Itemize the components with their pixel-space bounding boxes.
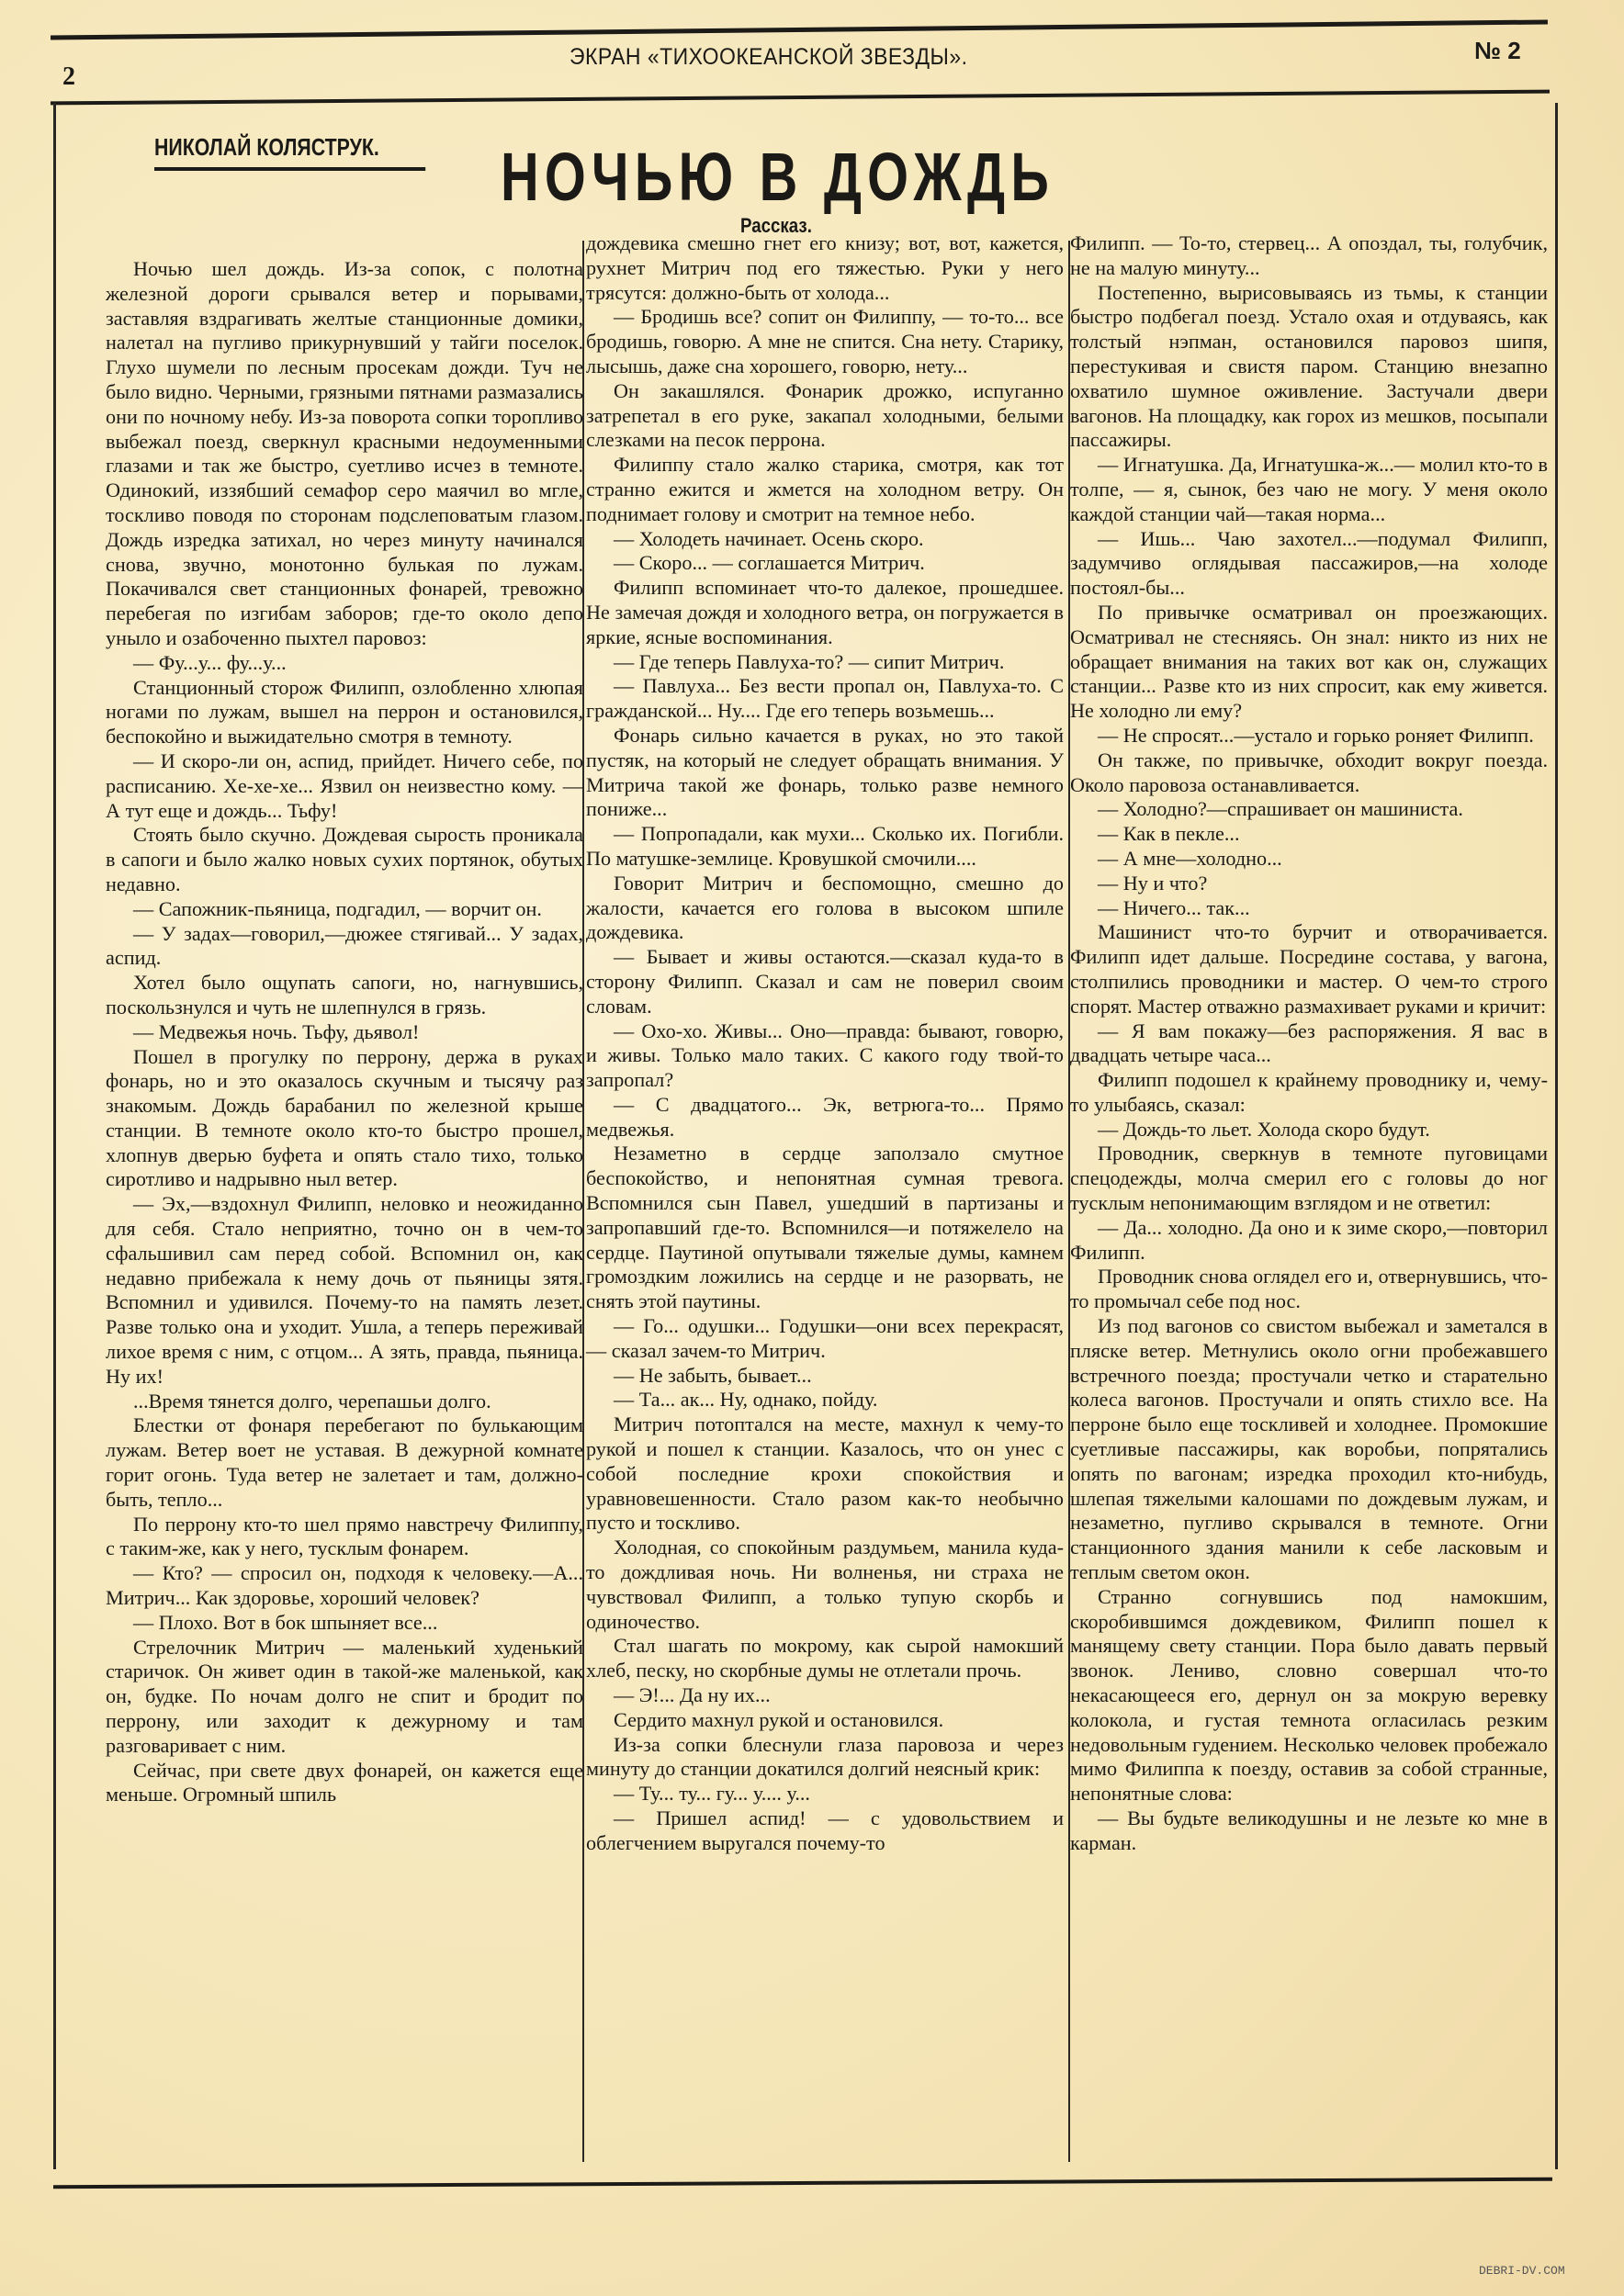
paragraph: — Ну и что? (1070, 872, 1548, 896)
paragraph: — Попропадали, как мухи... Сколько их. П… (586, 822, 1064, 872)
paragraph: Из под вагонов со свистом выбежал и заме… (1070, 1314, 1548, 1585)
paragraph: — Фу...у... фу...у... (106, 651, 583, 676)
paragraph: — Э!... Да ну их... (586, 1683, 1064, 1708)
paragraph: — Сапожник-пьяница, подгадил, — ворчит о… (106, 897, 583, 922)
paragraph: — Дождь-то льет. Холода скоро будут. (1070, 1118, 1548, 1142)
author-byline: НИКОЛАЙ КОЛЯСТРУК. (154, 133, 425, 171)
paragraph: Из-за сопки блеснули глаза паровоза и че… (586, 1733, 1064, 1783)
paragraph: Проводник, сверкнув в темноте пуговицами… (1070, 1142, 1548, 1215)
paragraph: Ночью шел дождь. Из-за сопок, с полотна … (106, 257, 583, 651)
paragraph: Филипп. — То-то, стервец... А опоздал, т… (1070, 231, 1548, 281)
paragraph: — Как в пекле... (1070, 822, 1548, 847)
issue-number: № 2 (1474, 37, 1521, 65)
paragraph: — Эх,—вздохнул Филипп, неловко и неожида… (106, 1192, 583, 1389)
paragraph: — Я вам покажу—без распоряжения. Я вас в… (1070, 1019, 1548, 1069)
paragraph: Филиппу стало жалко старика, смотря, как… (586, 453, 1064, 526)
paragraph: Станционный сторож Филипп, озлобленно хл… (106, 676, 583, 749)
paragraph: — Охо-хо. Живы... Оно—правда: бывают, го… (586, 1019, 1064, 1093)
paragraph: — Павлуха... Без вести пропал он, Павлух… (586, 674, 1064, 724)
paragraph: Пошел в прогулку по перрону, держа в рук… (106, 1045, 583, 1193)
paragraph: Митрич потоптался на месте, махнул к чем… (586, 1412, 1064, 1536)
paragraph: — Бродишь все? сопит он Филиппу, — то-то… (586, 305, 1064, 378)
paragraph: — Плохо. Вот в бок шпыняет все... (106, 1611, 583, 1636)
page-number: 2 (62, 62, 75, 92)
paragraph: Филипп подошел к крайнему проводнику и, … (1070, 1068, 1548, 1118)
paragraph: Проводник снова оглядел его и, отвернувш… (1070, 1265, 1548, 1314)
paragraph: — Не забыть, бывает... (586, 1364, 1064, 1389)
paragraph: — Та... ак... Ну, однако, пойду. (586, 1388, 1064, 1412)
text-column-3: Филипп. — То-то, стервец... А опоздал, т… (1070, 231, 1548, 1856)
paragraph: — У задах—говорил,—дюжее стягивай... У з… (106, 922, 583, 972)
paragraph: Сердито махнул рукой и остановился. (586, 1708, 1064, 1733)
paragraph: Филипп вспоминает что-то далекое, прошед… (586, 576, 1064, 649)
paragraph: По привычке осматривал он проезжающих. О… (1070, 601, 1548, 724)
paragraph: — Го... одушки... Годушки—они всех перек… (586, 1314, 1064, 1364)
paragraph: — Где теперь Павлуха-то? — сипит Митрич. (586, 650, 1064, 675)
watermark: DEBRI-DV.COM (1479, 2264, 1565, 2278)
text-column-2: дождевика смешно гнет его книзу; вот, во… (586, 231, 1064, 1856)
paragraph: Незаметно в сердце заползало смутное бес… (586, 1142, 1064, 1314)
article-title: НОЧЬЮ В ДОЖДЬ (501, 138, 1054, 216)
paragraph: Он также, по привычке, обходит вокруг по… (1070, 748, 1548, 798)
paragraph: Стал шагать по мокрому, как сырой намокш… (586, 1634, 1064, 1683)
paragraph: Стоять было скучно. Дождевая сырость про… (106, 823, 583, 896)
paragraph: — А мне—холодно... (1070, 847, 1548, 872)
paragraph: Холодная, со спокойным раздумьем, манила… (586, 1536, 1064, 1634)
paragraph: ...Время тянется долго, черепашьи долго. (106, 1390, 583, 1414)
bottom-rule (53, 2178, 1552, 2189)
paragraph: — Холодно?—спрашивает он машиниста. (1070, 797, 1548, 822)
paragraph: — Холодеть начинает. Осень скоро. (586, 527, 1064, 552)
top-rule (51, 19, 1548, 39)
paragraph: — Медвежья ночь. Тьфу, дьявол! (106, 1020, 583, 1045)
paragraph: — Игнатушка. Да, Игнатушка-ж...— молил к… (1070, 453, 1548, 526)
paragraph: — Вы будьте великодушны и не лезьте ко м… (1070, 1806, 1548, 1856)
publication-header: ЭКРАН «ТИХООКЕАНСКОЙ ЗВЕЗДЫ». (570, 44, 967, 71)
text-column-1: Ночью шел дождь. Из-за сопок, с полотна … (106, 257, 583, 1807)
paragraph: дождевика смешно гнет его книзу; вот, во… (586, 231, 1064, 305)
paragraph: — Да... холодно. Да оно и к зиме скоро,—… (1070, 1216, 1548, 1266)
paragraph: — Бывает и живы остаются.—сказал куда-то… (586, 945, 1064, 1019)
paragraph: — Ишь... Чаю захотел...—подумал Филипп, … (1070, 527, 1548, 601)
paragraph: — Не спросят...—устало и горько роняет Ф… (1070, 724, 1548, 748)
paragraph: — Скоро... — соглашается Митрич. (586, 551, 1064, 576)
paragraph: Постепенно, вырисовываясь из тьмы, к ста… (1070, 281, 1548, 454)
paragraph: — Ту... ту... гу... у.... у... (586, 1782, 1064, 1806)
paragraph: Стрелочник Митрич — маленький худенький … (106, 1636, 583, 1759)
paragraph: Говорит Митрич и беспомощно, смешно до ж… (586, 872, 1064, 945)
paragraph: Блестки от фонаря перебегают по булькающ… (106, 1413, 583, 1512)
paragraph: Фонарь сильно качается в руках, но это т… (586, 724, 1064, 822)
paragraph: По перрону кто-то шел прямо навстречу Фи… (106, 1513, 583, 1562)
paragraph: — Кто? — спросил он, подходя к человеку.… (106, 1561, 583, 1611)
paragraph: Странно согнувшись под намокшим, скороби… (1070, 1585, 1548, 1806)
paragraph: Машинист что-то бурчит и отворачивается.… (1070, 920, 1548, 1019)
paragraph: — С двадцатого... Эк, ветрюга-то... Прям… (586, 1093, 1064, 1142)
paragraph: Сейчас, при свете двух фонарей, он кажет… (106, 1759, 583, 1808)
paragraph: — И скоро-ли он, аспид, прийдет. Ничего … (106, 749, 583, 823)
paragraph: — Ничего... так... (1070, 896, 1548, 921)
paragraph: Хотел было ощупать сапоги, но, нагнувшис… (106, 971, 583, 1020)
paragraph: — Пришел аспид! — с удовольствием и обле… (586, 1806, 1064, 1856)
paragraph: Он закашлялся. Фонарик дрожко, испуганно… (586, 379, 1064, 453)
